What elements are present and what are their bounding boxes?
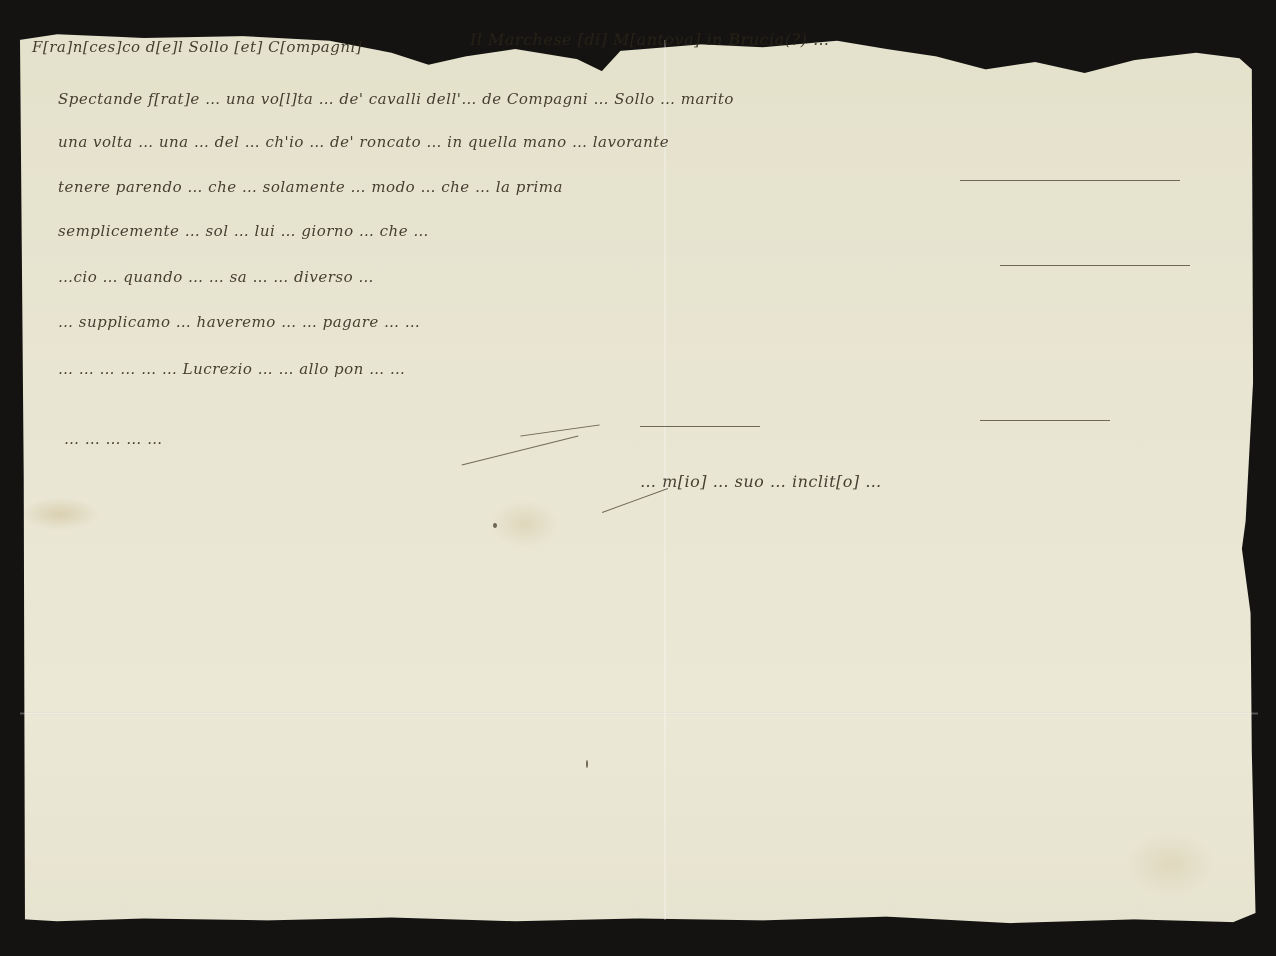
ink-spot [493,523,497,528]
manuscript-sheet [20,14,1258,936]
pen-flourish [980,420,1110,421]
heading-left: F[ra]n[ces]co d[e]l Sollo [et] C[ompagni… [32,38,362,56]
body-line-6: … supplicamo … haveremo … … pagare … … [58,313,420,331]
pen-flourish [640,426,760,427]
body-line-2: una volta … una … del … ch'io … de' ronc… [58,133,669,151]
body-line-7: … … … … … … Lucrezio … … allo pon … … [58,360,405,378]
heading-center: Il Marchese [di] M[antova] in Brucia(?) … [470,30,829,49]
body-line-8: … … … … … [64,430,163,448]
body-line-1: Spectande f[rat]e … una vo[l]ta … de' ca… [58,90,734,108]
pen-flourish [960,180,1180,181]
body-line-4: semplicemente … sol … lui … giorno … che… [58,222,429,240]
signature: … m[io] … suo … inclit[o] … [640,472,882,491]
pen-flourish [1000,265,1190,266]
body-line-5: …cio … quando … … sa … … diverso … [58,268,374,286]
horizontal-fold-line [20,712,1258,715]
ink-spot [586,760,588,768]
body-line-3: tenere parendo … che … solamente … modo … [58,178,563,196]
